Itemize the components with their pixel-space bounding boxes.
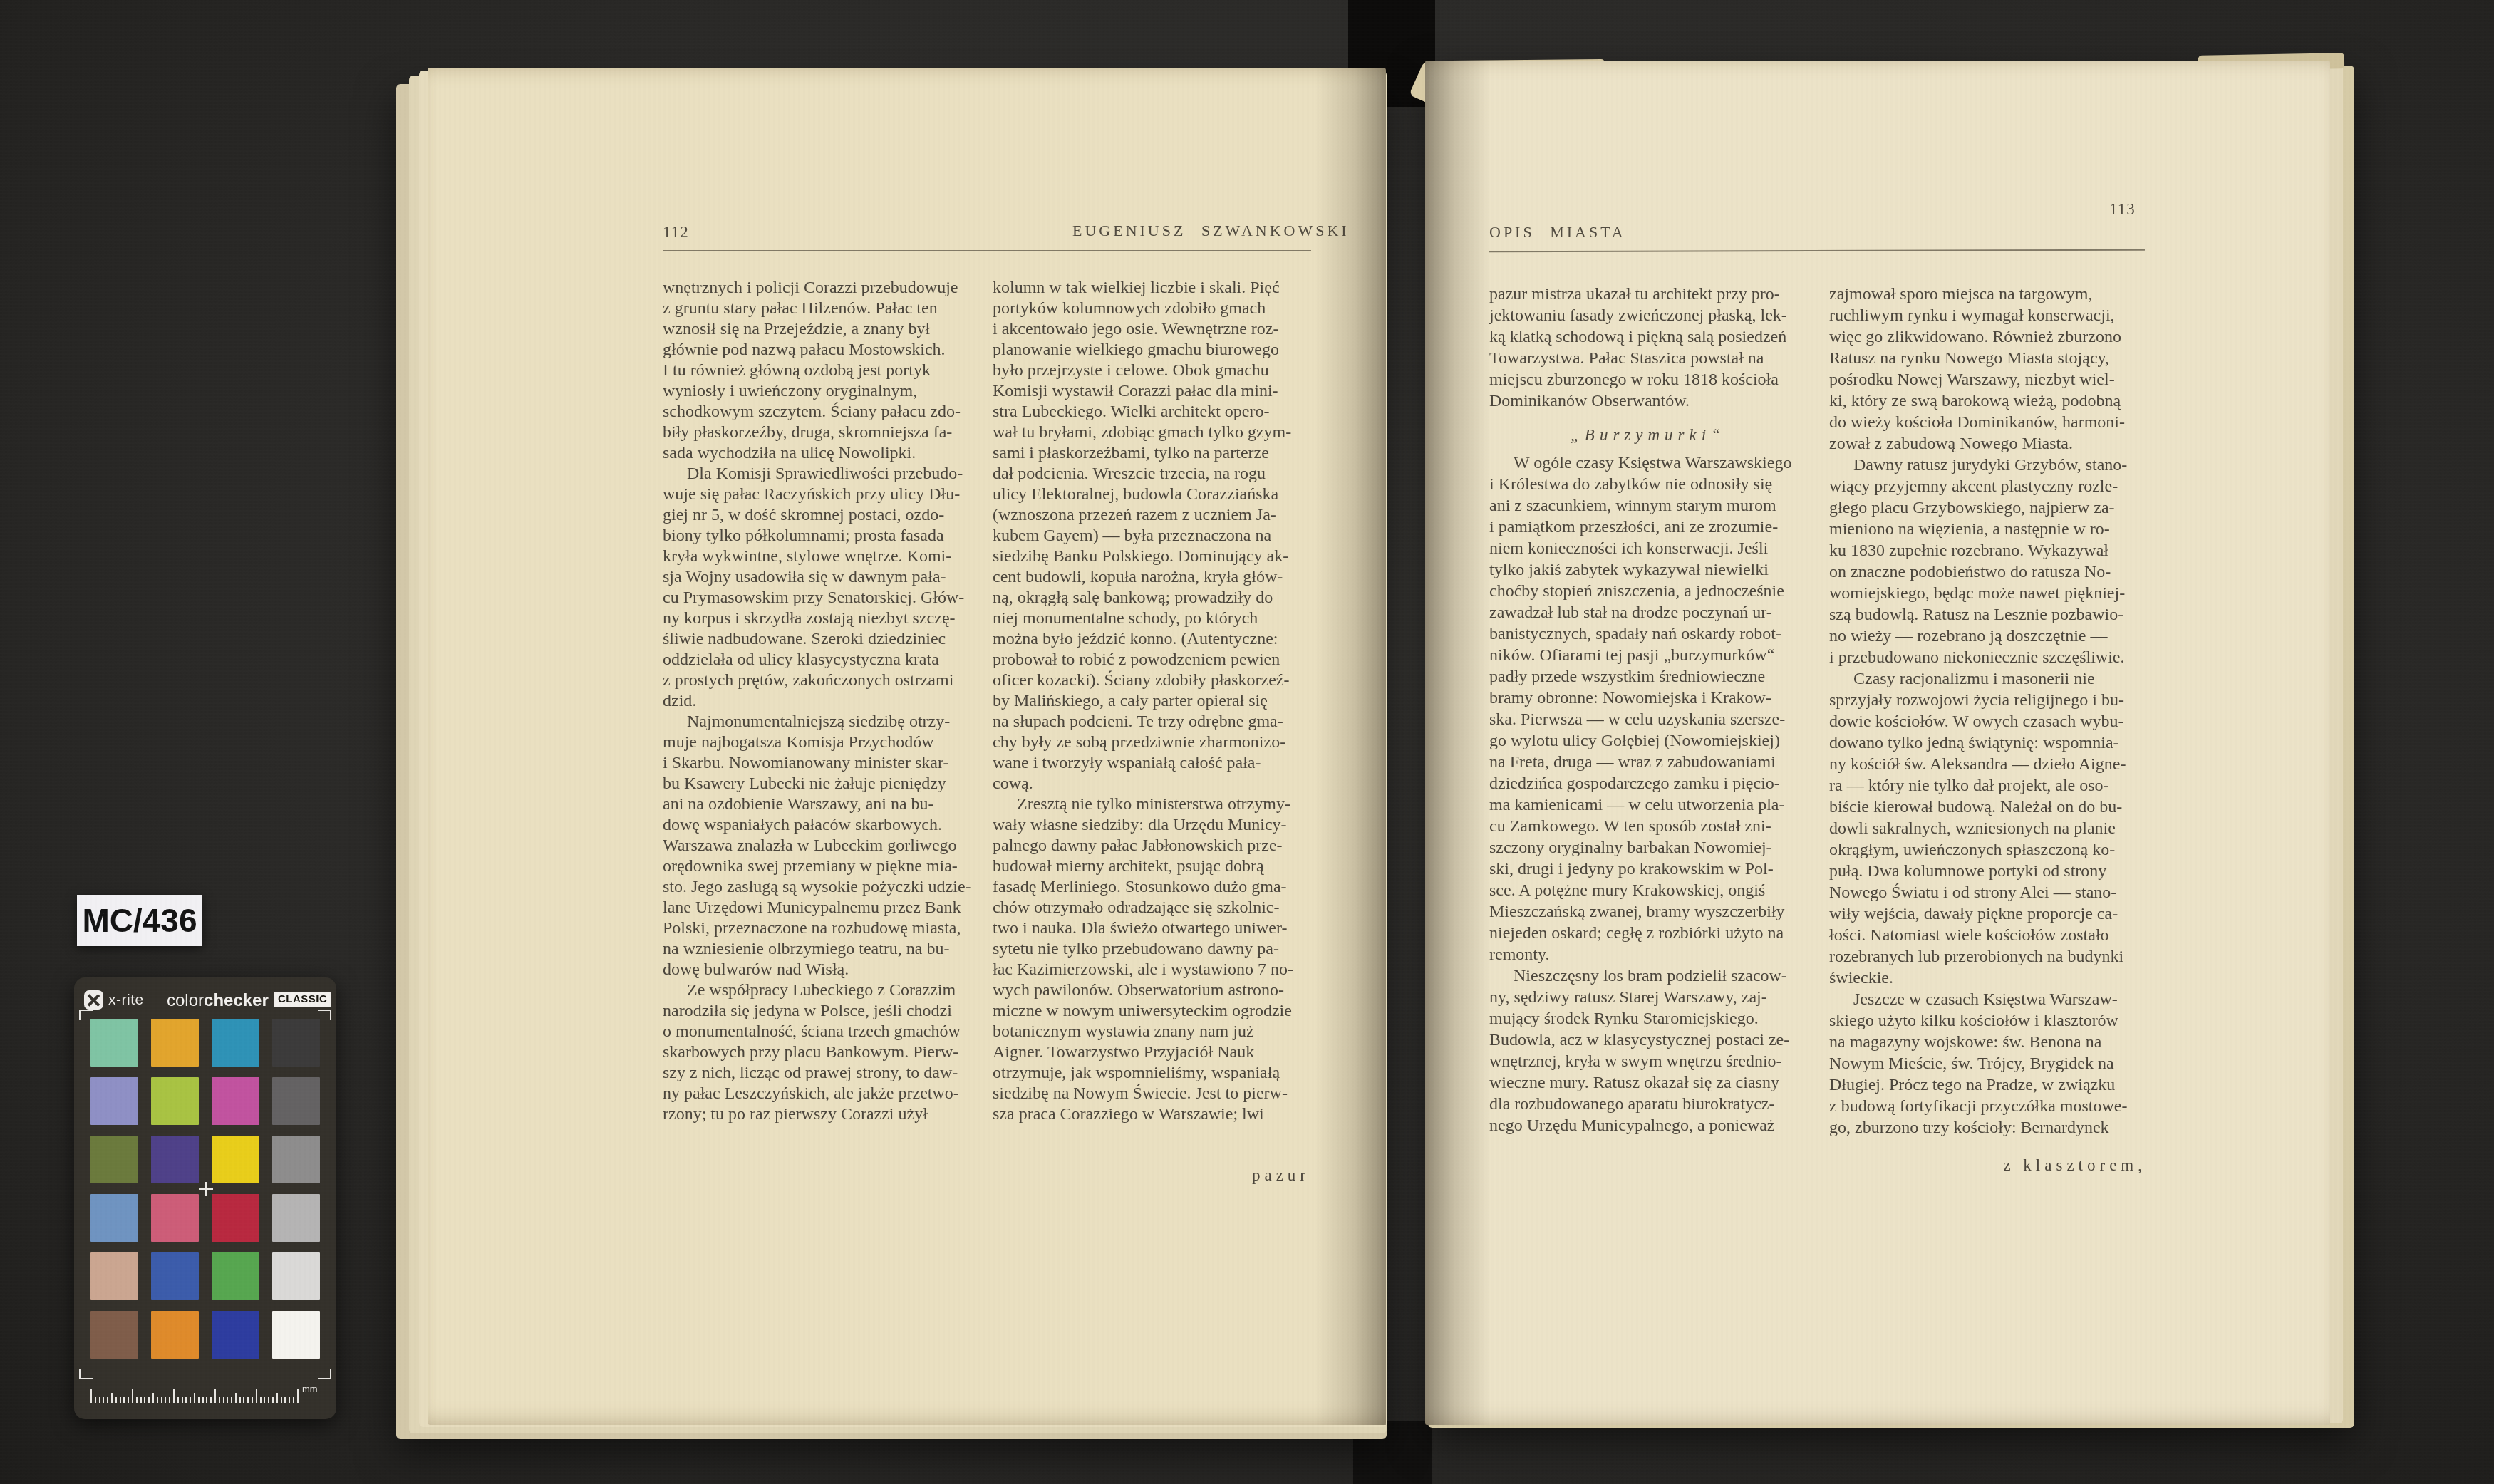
- text-line: palnego dawny pałac Jabłonowskich prze-: [993, 836, 1310, 856]
- text-line: ruchliwym rynku i wymagał konserwacji,: [1829, 305, 2146, 326]
- text-line: wyniosły i uwieńczony oryginalnym,: [663, 381, 980, 402]
- color-patch: [90, 1252, 138, 1300]
- text-line: ani z szacunkiem, winnym starym murom: [1489, 495, 1806, 517]
- text-line: jektowaniu fasady zwieńczonej płaską, le…: [1489, 305, 1806, 326]
- text-line: biście kierował budową. Należał on do bu…: [1829, 797, 2146, 818]
- text-line: probował to robić z powodzeniem pewien: [993, 650, 1310, 670]
- text-line: rzony; tu po raz pierwszy Corazzi użył: [663, 1104, 980, 1125]
- text-line: kolumn w tak wielkiej liczbie i skali. P…: [993, 278, 1310, 299]
- text-line: śliwie nadbudowane. Szeroki dziedziniec: [663, 629, 980, 650]
- color-patch: [151, 1077, 199, 1125]
- text-line: Nowym Mieście, św. Trójcy, Brygidek na: [1829, 1053, 2146, 1074]
- text-line: ma kamienicami — w celu utworzenia pla-: [1489, 794, 1806, 816]
- text-line: cent budowli, kopuła narożna, kryła głów…: [993, 567, 1310, 588]
- shelfmark-label: MC/436: [77, 895, 202, 946]
- header-rule: [1489, 249, 2145, 252]
- text-line: wych pawilonów. Obserwatorium astrono-: [993, 980, 1310, 1001]
- text-line: otrzymuje, jak wspomnieliśmy, wspaniałą: [993, 1063, 1310, 1084]
- section-subhead: „Burzymurki“: [1489, 425, 1806, 446]
- color-patch: [212, 1136, 259, 1183]
- text-line: by Malińskiego, a cały parter opierał si…: [993, 691, 1310, 712]
- title-bold: checker: [204, 991, 269, 1010]
- text-line: (wznoszona przezeń razem z uczniem Ja-: [993, 505, 1310, 526]
- text-line: ników. Ofiarami tej pasji „burzymurków“: [1489, 645, 1806, 666]
- text-line: Zresztą nie tylko ministerstwa otrzymy-: [993, 794, 1310, 815]
- catchword: pazur: [993, 1166, 1310, 1185]
- text-line: niejeden oskard; cegłę z rozbiórki użyto…: [1489, 923, 1806, 944]
- color-patch: [151, 1194, 199, 1242]
- text-line: dał podcienia. Wreszcie trzecia, na rogu: [993, 464, 1310, 484]
- text-line: wał tu bryłami, zdobiąc gmach tylko gzym…: [993, 422, 1310, 443]
- text-line: na magazyny wojskowe: św. Benona na: [1829, 1032, 2146, 1053]
- color-patch: [90, 1194, 138, 1242]
- text-line: two i nauka. Dla świeżo otwartego uniwer…: [993, 918, 1310, 939]
- page-number-right: 113: [2109, 200, 2136, 219]
- color-patch: [272, 1019, 320, 1067]
- text-line: banistycznych, spadały nań oskardy robot…: [1489, 623, 1806, 645]
- text-line: na wzniesienie olbrzymiego teatru, na bu…: [663, 939, 980, 960]
- text-line: głównie pod nazwą pałacu Mostowskich.: [663, 340, 980, 360]
- text-line: niej monumentalne schody, po których: [993, 608, 1310, 629]
- text-line: mieniono na więzienia, a następnie w ro-: [1829, 519, 2146, 540]
- text-line: cu Zamkowego. W ten sposób został zni-: [1489, 816, 1806, 837]
- text-line: padły przede wszystkim średniowieczne: [1489, 666, 1806, 687]
- text-line: i akcentowało jego osie. Wewnętrzne roz-: [993, 319, 1310, 340]
- text-line: planowanie wielkiego gmachu biurowego: [993, 340, 1310, 360]
- text-line: Długiej. Prócz tego na Pradze, w związku: [1829, 1074, 2146, 1096]
- text-line: stra Lubeckiego. Wielki architekt opero-: [993, 402, 1310, 422]
- text-line: Dla Komisji Sprawiedliwości przebudo-: [663, 464, 980, 484]
- text-line: ki, który ze swą barokową wieżą, podobną: [1829, 390, 2146, 412]
- text-line: W ogóle czasy Księstwa Warszawskiego: [1489, 452, 1806, 474]
- text-line: ska. Pierwsza — w celu uzyskania szersze…: [1489, 709, 1806, 730]
- colorchecker-header: x-rite colorchecker CLASSIC: [74, 989, 336, 1013]
- text-line: na słupach podcieni. Te trzy odrębne gma…: [993, 712, 1310, 732]
- text-line: rozebranych lub przerobionych na budynki: [1829, 946, 2146, 967]
- text-line: sada wychodziła na ulicę Nowolipki.: [663, 443, 980, 464]
- text-line: dla rozbudowanego aparatu biurokratycz-: [1489, 1094, 1806, 1115]
- xrite-brand-name: x-rite: [108, 992, 144, 1009]
- color-patch: [151, 1252, 199, 1300]
- text-line: o monumentalność, ściana trzech gmachów: [663, 1022, 980, 1042]
- text-line: dzid.: [663, 691, 980, 712]
- text-line: z prostych prętów, zakończonych ostrzami: [663, 670, 980, 691]
- text-column-2: kolumn w tak wielkiej liczbie i skali. P…: [993, 278, 1310, 1125]
- xrite-x-icon: [84, 990, 103, 1010]
- text-line: budował mierny architekt, psując dobrą: [993, 856, 1310, 877]
- color-patch: [212, 1311, 259, 1359]
- color-patch: [272, 1311, 320, 1359]
- text-line: chy były ze sobą przedziwnie zharmonizo-: [993, 732, 1310, 753]
- center-cross-icon: [199, 1182, 213, 1196]
- text-column-1: pazur mistrza ukazał tu architekt przy p…: [1489, 284, 1806, 1136]
- mm-ruler: [90, 1386, 299, 1403]
- text-line: oddzielała od ulicy klasycystyczna krata: [663, 650, 980, 670]
- text-line: botanicznym wystawia znany nam już: [993, 1022, 1310, 1042]
- text-line: można było jeździć konno. (Autentyczne:: [993, 629, 1310, 650]
- text-line: łości. Natomiast wiele kościołów zostało: [1829, 925, 2146, 946]
- text-line: dowę bulwarów nad Wisłą.: [663, 960, 980, 980]
- color-patch: [151, 1311, 199, 1359]
- text-line: tylko jakiś zabytek wykazywał niewielki: [1489, 559, 1806, 581]
- text-line: cową.: [993, 774, 1310, 794]
- text-line: ny, sędziwy ratusz Starej Warszawy, zaj-: [1489, 987, 1806, 1008]
- text-line: dowę wspaniałych pałaców skarbowych.: [663, 815, 980, 836]
- text-line: szą budowlą. Ratusz na Lesznie pozbawio-: [1829, 604, 2146, 626]
- color-patch: [151, 1019, 199, 1067]
- text-line: wieczne mury. Ratusz okazał się za ciasn…: [1489, 1072, 1806, 1094]
- text-line: remonty.: [1489, 944, 1806, 965]
- color-patch: [272, 1136, 320, 1183]
- text-line: mujący środek Rynku Staromiejskiego.: [1489, 1008, 1806, 1029]
- text-line: pazur mistrza ukazał tu architekt przy p…: [1489, 284, 1806, 305]
- text-line: oficer kozacki). Ściany zdobiły płaskorz…: [993, 670, 1310, 691]
- text-line: sce. A potężne mury Krakowskiej, ongiś: [1489, 880, 1806, 901]
- color-patch: [272, 1194, 320, 1242]
- text-line: dowli sakralnych, wzniesionych na planie: [1829, 818, 2146, 839]
- color-patch: [272, 1252, 320, 1300]
- text-line: I tu również główną ozdobą jest portyk: [663, 360, 980, 381]
- text-line: Czasy racjonalizmu i masonerii nie: [1829, 668, 2146, 690]
- catchword: z klasztorem,: [1829, 1156, 2146, 1175]
- text-line: giej nr 5, w dość skromnej postaci, ozdo…: [663, 505, 980, 526]
- text-line: i Królestwa do zabytków nie odnosiły się: [1489, 474, 1806, 495]
- text-line: wznosił się na Przejeździe, a znany był: [663, 319, 980, 340]
- text-line: okrągłym, uwieńczonych spłaszczoną ko-: [1829, 839, 2146, 861]
- text-line: wiły wejścia, dawały piękne proporcje ca…: [1829, 903, 2146, 925]
- text-line: ną, okrągłą salę bankową; prowadziły do: [993, 588, 1310, 608]
- text-line: szy z nich, licząc od prawej strony, to …: [663, 1063, 980, 1084]
- text-line: siedzibę Banku Polskiego. Dominujący ak-: [993, 546, 1310, 567]
- text-line: sami i płaskorzeźbami, tylko na parterze: [993, 443, 1310, 464]
- text-line: portyków kolumnowych zdobiło gmach: [993, 299, 1310, 319]
- color-patch: [212, 1077, 259, 1125]
- color-patch: [90, 1019, 138, 1067]
- text-line: skarbowych przy placu Bankowym. Pierw-: [663, 1042, 980, 1063]
- text-line: wuje się pałac Raczyńskich przy ulicy Dł…: [663, 484, 980, 505]
- ruler-unit-label: mm: [302, 1384, 318, 1394]
- text-line: on znaczne podobieństwo do ratusza No-: [1829, 561, 2146, 583]
- text-line: dziedzińca gospodarczego zamku i pięcio-: [1489, 773, 1806, 794]
- text-line: sytetu nie tylko przebudowano dawny pa-: [993, 939, 1310, 960]
- text-line: świeckie.: [1829, 967, 2146, 989]
- xrite-logo: x-rite: [84, 990, 144, 1010]
- text-line: Ze współpracy Lubeckiego z Corazzim: [663, 980, 980, 1001]
- right-page: OPIS MIASTA 113 pazur mistrza ukazał tu …: [1425, 61, 2330, 1425]
- text-line: na Freta, druga — wraz z zabudowaniami: [1489, 752, 1806, 773]
- text-line: ny pałac Leszczyńskich, ale jakże przetw…: [663, 1084, 980, 1104]
- text-line: więc go zlikwidowano. Również zburzono: [1829, 326, 2146, 348]
- text-line: skiego użyto kilku kościołów i klasztoró…: [1829, 1010, 2146, 1032]
- color-patch: [212, 1019, 259, 1067]
- text-line: wnętrznych i policji Corazzi przebudowuj…: [663, 278, 980, 299]
- text-line: miczne w nowym uniwersyteckim ogrodzie: [993, 1001, 1310, 1022]
- text-line: kubem Gayem) — była przeznaczona na: [993, 526, 1310, 546]
- gutter-shadow: [1425, 61, 1491, 1425]
- text-line: ny kościół św. Aleksandra — dzieło Aigne…: [1829, 754, 2146, 775]
- text-line: Ratusz na rynku Nowego Miasta stojący,: [1829, 348, 2146, 369]
- running-head-right: OPIS MIASTA: [1489, 223, 1626, 242]
- color-patch: [212, 1194, 259, 1242]
- text-line: głego placu Grzybowskiego, najpierw za-: [1829, 497, 2146, 519]
- title-light: color: [167, 991, 204, 1010]
- text-line: i Skarbu. Nowomianowany minister skar-: [663, 753, 980, 774]
- text-line: bu Ksawery Lubecki nie żałuje pieniędzy: [663, 774, 980, 794]
- text-line: wane i tworzyły wspaniałą całość pała-: [993, 753, 1310, 774]
- color-patch: [151, 1136, 199, 1183]
- text-line: sja Wojny usadowiła się w dawnym pała-: [663, 567, 980, 588]
- text-line: zawadzał lub stał na drodze poczynań ur-: [1489, 602, 1806, 623]
- text-line: muje najbogatsza Komisja Przychodów: [663, 732, 980, 753]
- registration-mark-icon: [79, 1369, 93, 1379]
- text-line: siedzibę na Nowym Świecie. Jest to pierw…: [993, 1084, 1310, 1104]
- text-line: no wieży — rozebrano ją doszczętnie —: [1829, 626, 2146, 647]
- text-line: ani na ozdobienie Warszawy, ani na bu-: [663, 794, 980, 815]
- shelfmark-text: MC/436: [82, 901, 197, 940]
- text-line: Komisji wystawił Corazzi pałac dla mini-: [993, 381, 1310, 402]
- text-line: łac Kazimierzowski, ale i wystawiono 7 n…: [993, 960, 1310, 980]
- text-line: fasadę Merliniego. Stosunkowo dużo gma-: [993, 877, 1310, 898]
- page-number-left: 112: [663, 223, 689, 242]
- text-line: ra — który nie tylko dał projekt, ale os…: [1829, 775, 2146, 797]
- text-line: ką klatką schodową i piękną salą posiedz…: [1489, 326, 1806, 348]
- text-line: cu Prymasowskim przy Senatorskiej. Głów-: [663, 588, 980, 608]
- text-line: z gruntu stary pałac Hilzenów. Pałac ten: [663, 299, 980, 319]
- header-rule: [663, 250, 1311, 251]
- text-line: schodkowym szczytem. Ściany pałacu zdo-: [663, 402, 980, 422]
- text-column-1: wnętrznych i policji Corazzi przebudowuj…: [663, 278, 980, 1125]
- text-line: zował z zabudową Nowego Miasta.: [1829, 433, 2146, 455]
- text-line: zajmował sporo miejsca na targowym,: [1829, 284, 2146, 305]
- left-page: 112 EUGENIUSZ SZWANKOWSKI wnętrznych i p…: [428, 68, 1386, 1425]
- text-line: narodziła się jedyna w Polsce, jeśli cho…: [663, 1001, 980, 1022]
- text-line: ulicy Elektoralnej, budowla Corazziańska: [993, 484, 1310, 505]
- text-line: Nieszczęsny los bram podzielił szacow-: [1489, 965, 1806, 987]
- text-line: szczony oryginalny barbakan Nowomiej-: [1489, 837, 1806, 858]
- classic-badge: CLASSIC: [274, 992, 331, 1007]
- color-patch: [90, 1311, 138, 1359]
- text-line: do wieży kościoła Dominikanów, harmoni-: [1829, 412, 2146, 433]
- text-line: Warszawa znalazła w Lubeckim gorliwego: [663, 836, 980, 856]
- text-line: Polski, przeznaczone na rozbudowę miasta…: [663, 918, 980, 939]
- text-line: sprzyjały rozwojowi życia religijnego i …: [1829, 690, 2146, 711]
- color-patch: [90, 1136, 138, 1183]
- text-line: było przejrzyste i celowe. Obok gmachu: [993, 360, 1310, 381]
- text-line: kryła wykwintne, stylowe wnętrze. Komi-: [663, 546, 980, 567]
- text-line: Aigner. Towarzystwo Przyjaciół Nauk: [993, 1042, 1310, 1063]
- text-line: lane Urzędowi Municypalnemu przez Bank: [663, 898, 980, 918]
- text-line: niem konieczności ich konserwacji. Jeśli: [1489, 538, 1806, 559]
- text-line: ski, drugi i jedyny po krakowskim w Pol-: [1489, 858, 1806, 880]
- text-line: chów otrzymało odradzające się szkolnic-: [993, 898, 1310, 918]
- text-line: Jeszcze w czasach Księstwa Warszaw-: [1829, 989, 2146, 1010]
- text-line: sza praca Corazziego w Warszawie; lwi: [993, 1104, 1310, 1125]
- registration-mark-icon: [318, 1369, 331, 1379]
- text-line: Nowego Światu i od strony Alei — stano-: [1829, 882, 2146, 903]
- text-line: wnętrznej, kryła w swym wnętrzu średnio-: [1489, 1051, 1806, 1072]
- text-line: sto. Jego zasługą są wysokie pożyczki ud…: [663, 877, 980, 898]
- text-line: biły płaskorzeźby, druga, skromniejsza f…: [663, 422, 980, 443]
- text-line: go wylotu ulicy Gołębiej (Nowomiejskiej): [1489, 730, 1806, 752]
- scanned-book-spread: 112 EUGENIUSZ SZWANKOWSKI wnętrznych i p…: [0, 0, 2494, 1484]
- text-line: dowano tylko jedną świątynię: wspomnia-: [1829, 732, 2146, 754]
- text-line: Dawny ratusz jurydyki Grzybów, stano-: [1829, 455, 2146, 476]
- text-line: dowie kościołów. W owych czasach wybu-: [1829, 711, 2146, 732]
- running-head-left: EUGENIUSZ SZWANKOWSKI: [1072, 222, 1350, 240]
- text-line: orędownika swej przemiany w piękne mia-: [663, 856, 980, 877]
- color-patch: [90, 1077, 138, 1125]
- color-patch: [272, 1077, 320, 1125]
- text-line: Budowla, acz w klasycystycznej postaci z…: [1489, 1029, 1806, 1051]
- colorchecker-title: colorchecker: [167, 991, 269, 1011]
- text-line: Dominikanów Obserwantów.: [1489, 390, 1806, 412]
- gutter-shadow: [1315, 68, 1386, 1425]
- text-line: Najmonumentalniejszą siedzibę otrzy-: [663, 712, 980, 732]
- text-line: ny korpus i skrzydła zostają niezbyt szc…: [663, 608, 980, 629]
- text-line: miejscu zburzonego w roku 1818 kościoła: [1489, 369, 1806, 390]
- text-line: pośrodku Nowej Warszawy, niezbyt wiel-: [1829, 369, 2146, 390]
- text-line: wiący przyjemny akcent plastyczny rozle-: [1829, 476, 2146, 497]
- color-patch: [212, 1252, 259, 1300]
- text-line: womiejskiego, będąc może nawet piękniej-: [1829, 583, 2146, 604]
- text-line: Mieszczańską zwanej, bramy wyszczerbiły: [1489, 901, 1806, 923]
- text-line: go, zburzono trzy kościoły: Bernardynek: [1829, 1117, 2146, 1138]
- text-line: Towarzystwa. Pałac Staszica powstał na: [1489, 348, 1806, 369]
- text-line: bramy obronne: Nowomiejska i Krakow-: [1489, 687, 1806, 709]
- text-column-2: zajmował sporo miejsca na targowym,ruchl…: [1829, 284, 2146, 1138]
- text-line: i pamiątkom przeszłości, ani ze zrozumie…: [1489, 517, 1806, 538]
- text-line: biony tylko półkolumnami; prosta fasada: [663, 526, 980, 546]
- text-line: wały własne siedziby: dla Urzędu Municy-: [993, 815, 1310, 836]
- text-line: nego Urzędu Municypalnego, a ponieważ: [1489, 1115, 1806, 1136]
- text-line: choćby stopień zniszczenia, a jednocześn…: [1489, 581, 1806, 602]
- colorchecker-card: x-rite colorchecker CLASSIC mm: [74, 977, 336, 1419]
- text-line: i przebudowano niekoniecznie szczęśliwie…: [1829, 647, 2146, 668]
- text-line: pułą. Dwa kolumnowe portyki od strony: [1829, 861, 2146, 882]
- text-line: z budową fortyfikacji przyczółka mostowe…: [1829, 1096, 2146, 1117]
- text-line: ku 1830 zupełnie rozebrano. Wykazywał: [1829, 540, 2146, 561]
